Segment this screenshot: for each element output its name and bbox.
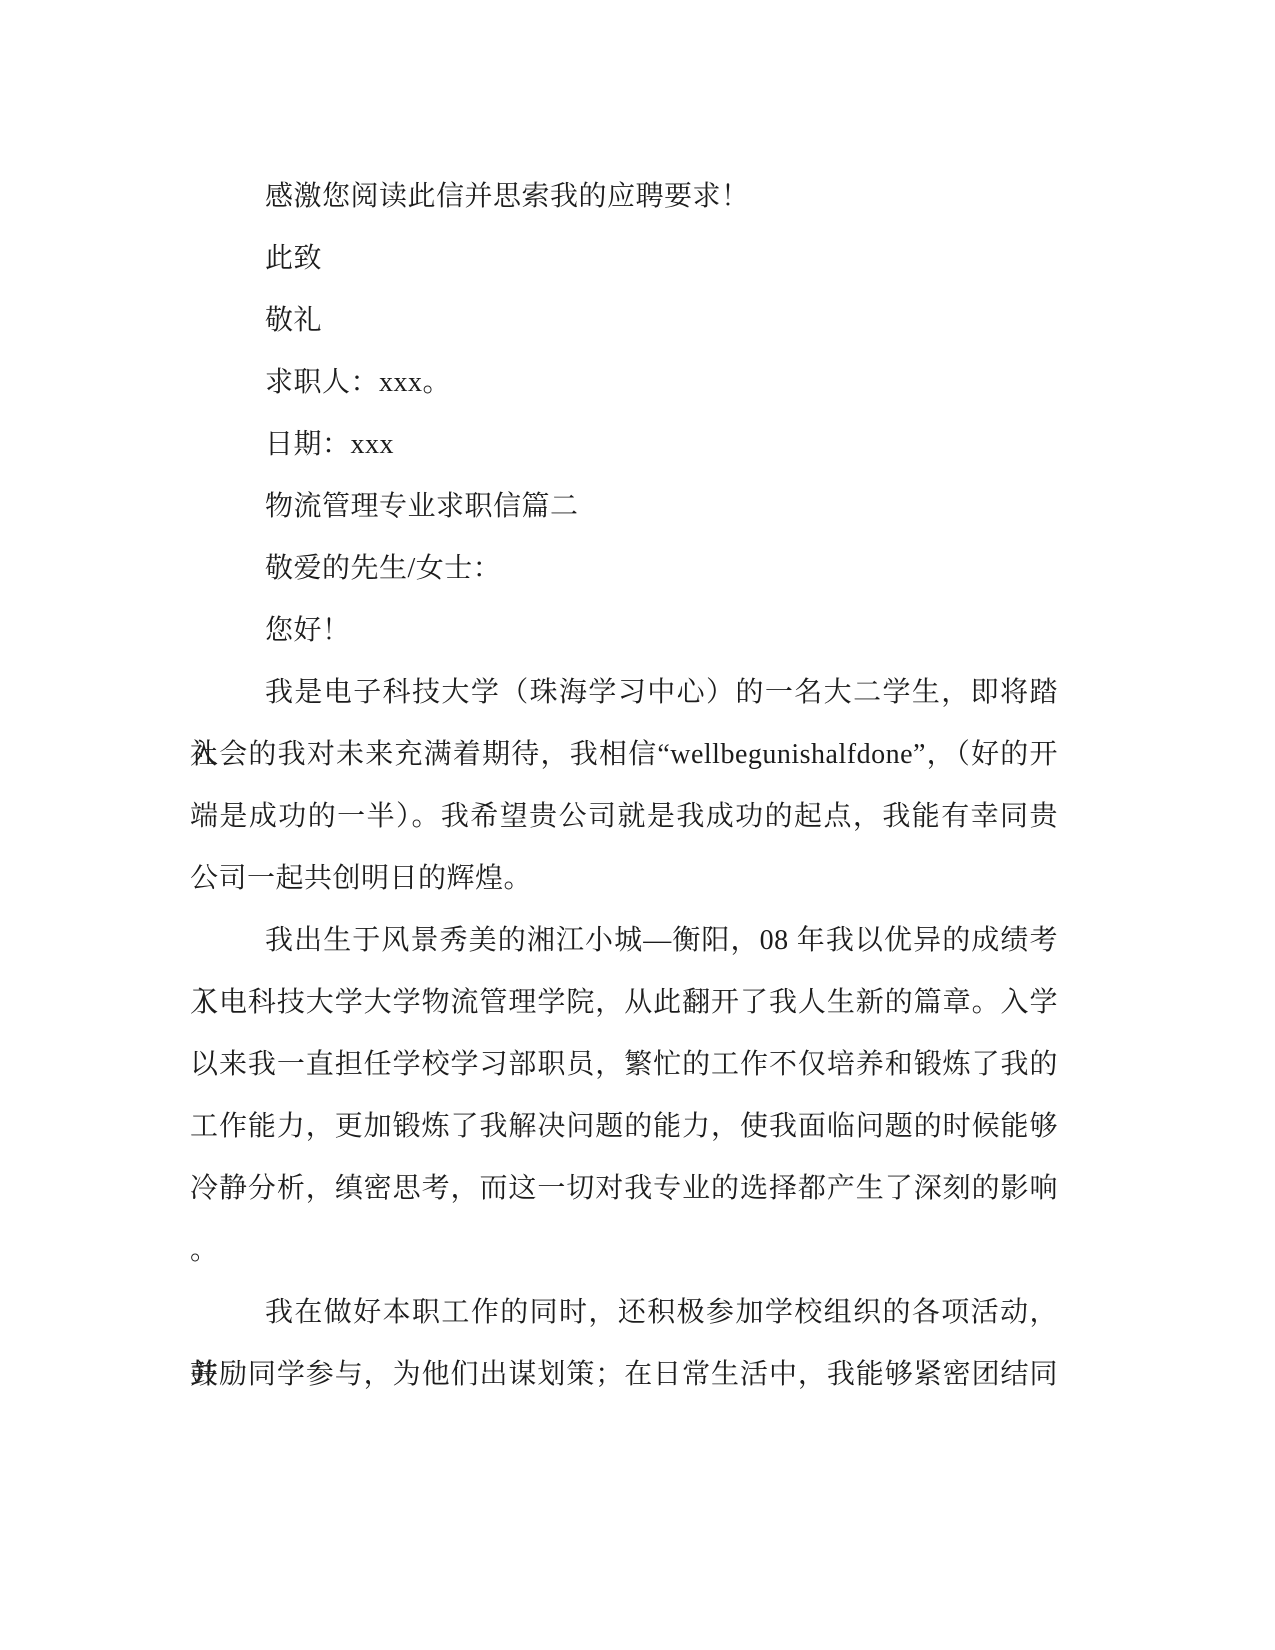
text-line: 日期：xxx: [190, 414, 1058, 476]
text-line: 了电科技大学大学物流管理学院，从此翻开了我人生新的篇章。入学: [190, 972, 1058, 1034]
text-line: 鼓励同学参与，为他们出谋划策；在日常生活中，我能够紧密团结同: [190, 1344, 1058, 1406]
text-line: 物流管理专业求职信篇二: [190, 476, 1058, 538]
text-line: 此致: [190, 228, 1058, 290]
document-page: 感激您阅读此信并思索我的应聘要求！此致敬礼求职人：xxx。日期：xxx物流管理专…: [0, 0, 1275, 1650]
document-body: 感激您阅读此信并思索我的应聘要求！此致敬礼求职人：xxx。日期：xxx物流管理专…: [190, 166, 1058, 1406]
text-line: 敬礼: [190, 290, 1058, 352]
text-line: 敬爱的先生/女士：: [190, 538, 1058, 600]
text-line: 端是成功的一半）。我希望贵公司就是我成功的起点，我能有幸同贵: [190, 786, 1058, 848]
text-line: 社会的我对未来充满着期待，我相信“wellbegunishalfdone”，（好…: [190, 724, 1058, 786]
text-line: 您好！: [190, 600, 1058, 662]
text-line: 工作能力，更加锻炼了我解决问题的能力，使我面临问题的时候能够: [190, 1096, 1058, 1158]
text-line: 求职人：xxx。: [190, 352, 1058, 414]
text-line: 公司一起共创明日的辉煌。: [190, 848, 1058, 910]
text-line: 我在做好本职工作的同时，还积极参加学校组织的各项活动，并: [190, 1282, 1058, 1344]
text-line: 我是电子科技大学（珠海学习中心）的一名大二学生，即将踏入: [190, 662, 1058, 724]
text-line: 冷静分析，缜密思考，而这一切对我专业的选择都产生了深刻的影响: [190, 1158, 1058, 1220]
text-line: 以来我一直担任学校学习部职员，繁忙的工作不仅培养和锻炼了我的: [190, 1034, 1058, 1096]
text-line: 我出生于风景秀美的湘江小城—衡阳，08 年我以优异的成绩考入: [190, 910, 1058, 972]
text-line: 感激您阅读此信并思索我的应聘要求！: [190, 166, 1058, 228]
text-line: 。: [190, 1220, 1058, 1282]
